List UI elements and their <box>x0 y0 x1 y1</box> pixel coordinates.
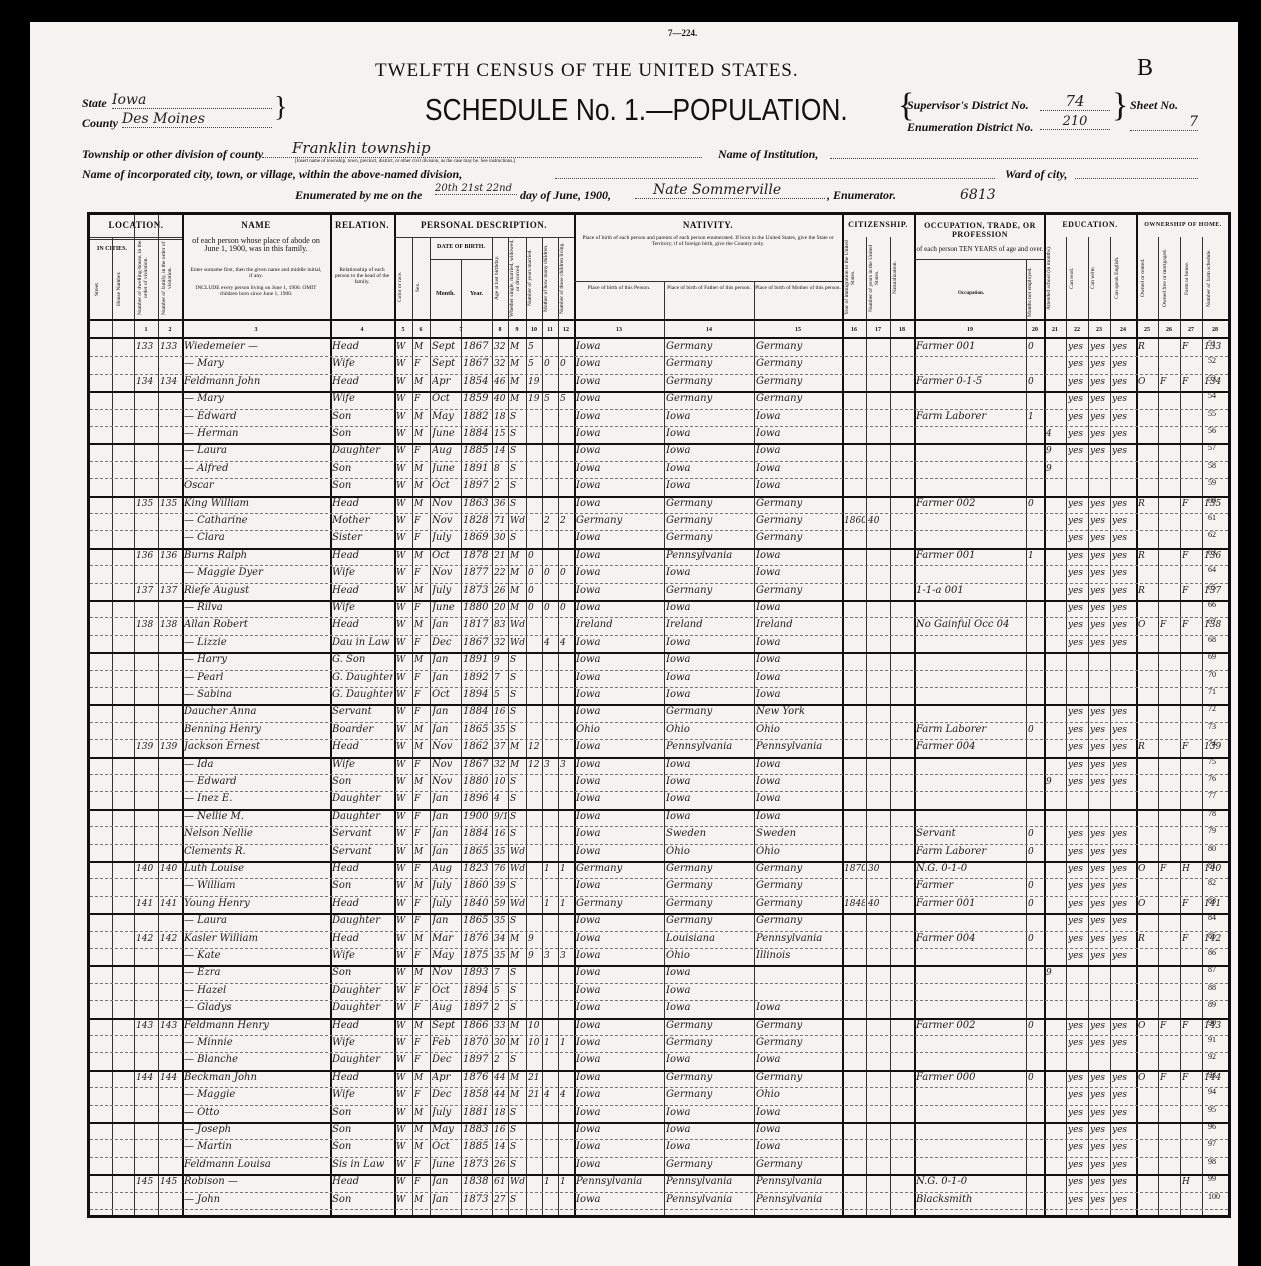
cell-rd: yes <box>1068 740 1087 754</box>
cell-own: R <box>1138 497 1157 511</box>
cell-mar: S <box>510 479 525 493</box>
enumerated-days: 20th 21st 22nd <box>435 183 517 195</box>
cell-mar: Wd <box>510 897 525 911</box>
cell-fam: 140 <box>160 862 181 876</box>
cell-name: — Joseph <box>184 1123 329 1137</box>
cell-moc: 3 <box>544 758 557 772</box>
table-row: Daucher AnnaServantWFJan188416SIowaGerma… <box>90 704 1228 720</box>
cell-name: Nelson Nellie <box>184 827 329 841</box>
cell-wr: yes <box>1090 410 1109 424</box>
cell-sex: F <box>414 1053 429 1067</box>
cell-own: R <box>1138 340 1157 354</box>
col-sex: Sex. <box>415 255 427 319</box>
cell-mar: Wd <box>510 514 525 528</box>
cell-en: yes <box>1112 1106 1135 1120</box>
group-location: LOCATION. <box>90 221 182 229</box>
cell-month: Aug <box>432 1001 460 1015</box>
cell-rel: Servant <box>332 827 393 841</box>
cell-bp: Iowa <box>576 775 663 789</box>
cell-color: W <box>396 932 411 946</box>
cell-rel: Mother <box>332 514 393 528</box>
cell-color: W <box>396 810 411 824</box>
cell-name: — Hazel <box>184 984 329 998</box>
schedule-title: SCHEDULE No. 1.—POPULATION. <box>425 92 848 128</box>
cell-wr: yes <box>1090 375 1109 389</box>
cell-month: Nov <box>432 566 460 580</box>
cell-en: yes <box>1112 758 1135 772</box>
col-family: Number of family, in the order of visita… <box>161 237 179 319</box>
cell-year: 1892 <box>463 671 491 685</box>
cell-bm: Iowa <box>756 479 841 493</box>
table-row: — MaryWifeWFSept186732M500IowaGermanyGer… <box>90 356 1228 372</box>
column-number: 25 <box>1136 327 1158 333</box>
cell-mar: M <box>510 340 525 354</box>
cell-month: Jan <box>432 723 460 737</box>
cell-age: 40 <box>494 392 507 406</box>
cell-mar: S <box>510 1123 525 1137</box>
table-row: — MaryWifeWFOct185940M1955IowaGermanyGer… <box>90 391 1228 407</box>
col-month: Month. <box>430 290 461 298</box>
cell-bm: Germany <box>756 375 841 389</box>
cell-bm: Pennsylvania <box>756 1175 841 1189</box>
cell-month: Dec <box>432 636 460 650</box>
cell-rd: yes <box>1068 705 1087 719</box>
cell-mo: 0 <box>1028 897 1043 911</box>
cell-en: yes <box>1112 723 1135 737</box>
cell-bp: Iowa <box>576 688 663 702</box>
col-birth-mother: Place of birth of Mother of this person. <box>754 285 842 291</box>
cell-age: 37 <box>494 740 507 754</box>
line-number: 77 <box>1208 791 1216 800</box>
cell-bf: Germany <box>666 897 753 911</box>
cell-year: 1862 <box>463 740 491 754</box>
cell-age: 8 <box>494 462 507 476</box>
cell-rd: yes <box>1068 1175 1087 1189</box>
cell-own: O <box>1138 862 1157 876</box>
cell-year: 1867 <box>463 636 491 650</box>
cell-age: 34 <box>494 932 507 946</box>
col-birth-father: Place of birth of Father of this person. <box>664 285 754 291</box>
cell-bm: Germany <box>756 531 841 545</box>
cell-mar: S <box>510 688 525 702</box>
enumeration-value: 210 <box>1040 114 1110 130</box>
line-number: 84 <box>1208 913 1216 922</box>
table-row: — OttoSonWMJuly188118SIowaIowaIowayesyes… <box>90 1105 1228 1121</box>
group-occupation: OCCUPATION, TRADE, OR PROFESSION <box>916 221 1044 239</box>
table-row: — IdaWifeWFNov186732M1233IowaIowaIowayes… <box>90 757 1228 773</box>
group-relation: RELATION. <box>330 221 394 229</box>
cell-month: Jan <box>432 1175 460 1189</box>
cell-bf: Germany <box>666 1019 753 1033</box>
cell-bf: Germany <box>666 1158 753 1172</box>
brace-right: } <box>1112 92 1128 120</box>
institution-label: Name of Institution, <box>718 147 818 162</box>
cell-sex: F <box>414 392 429 406</box>
cell-bf: Iowa <box>666 810 753 824</box>
cell-bf: Germany <box>666 1071 753 1085</box>
cell-age: 35 <box>494 914 507 928</box>
cell-en: yes <box>1112 444 1135 458</box>
cell-cl: 4 <box>560 1088 573 1102</box>
cell-rd: yes <box>1068 427 1087 441</box>
cell-mar: S <box>510 775 525 789</box>
cell-dw: 137 <box>136 584 157 598</box>
cell-bp: Iowa <box>576 914 663 928</box>
cell-rel: Head <box>332 618 393 632</box>
cell-rd: yes <box>1068 1140 1087 1154</box>
line-number: 99 <box>1208 1174 1216 1183</box>
column-number: 17 <box>866 327 890 333</box>
cell-bf: Germany <box>666 531 753 545</box>
cell-mar: M <box>510 601 525 615</box>
cell-farm: F <box>1182 375 1201 389</box>
cell-free: F <box>1160 375 1179 389</box>
cell-year: 1876 <box>463 1071 491 1085</box>
cell-bf: Ohio <box>666 949 753 963</box>
col-dwelling: Number of dwelling-house, in the order o… <box>137 237 157 319</box>
table-row: — HazelDaughterWFOct18945SIowaIowa <box>90 983 1228 999</box>
cell-sex: M <box>414 845 429 859</box>
cell-wr: yes <box>1090 723 1109 737</box>
cell-month: Jan <box>432 1193 460 1207</box>
cell-month: Jan <box>432 810 460 824</box>
cell-color: W <box>396 723 411 737</box>
cell-own: O <box>1138 618 1157 632</box>
line-number: 57 <box>1208 443 1216 452</box>
cell-year: 1817 <box>463 618 491 632</box>
cell-wr: yes <box>1090 758 1109 772</box>
cell-wr: yes <box>1090 444 1109 458</box>
col-immigration: Year of immigration to the United States… <box>844 237 864 319</box>
cell-bp: Iowa <box>576 462 663 476</box>
line-number: 76 <box>1208 774 1216 783</box>
col-street: Street. <box>94 259 108 319</box>
cell-month: Nov <box>432 514 460 528</box>
cell-rel: Daughter <box>332 984 393 998</box>
line-number: 53 <box>1208 374 1216 383</box>
cell-name: — Maggie Dyer <box>184 566 329 580</box>
cell-en: yes <box>1112 1071 1135 1085</box>
cell-farm: F <box>1182 497 1201 511</box>
table-row: — Inez E.DaughterWFJan18964SIowaIowaIowa <box>90 791 1228 807</box>
cell-occ: Servant <box>916 827 1025 841</box>
sheet-label: Sheet No. <box>1130 98 1178 113</box>
cell-cl: 0 <box>560 566 573 580</box>
cell-sex: F <box>414 671 429 685</box>
cell-sex: M <box>414 879 429 893</box>
cell-rd: yes <box>1068 879 1087 893</box>
cell-rel: G. Son <box>332 653 393 667</box>
cell-bf: Germany <box>666 914 753 928</box>
cell-bm: Germany <box>756 914 841 928</box>
cell-rel: Wife <box>332 392 393 406</box>
cell-occ: Farmer 0-1-5 <box>916 375 1025 389</box>
cell-fam: 138 <box>160 618 181 632</box>
cell-name: Beckman John <box>184 1071 329 1085</box>
cell-bp: Iowa <box>576 879 663 893</box>
column-number: 4 <box>330 327 394 333</box>
cell-bm: Germany <box>756 1036 841 1050</box>
enumeration-label: Enumeration District No. <box>907 120 1033 135</box>
cell-sex: F <box>414 914 429 928</box>
cell-rel: Son <box>332 1140 393 1154</box>
cell-name: — Pearl <box>184 671 329 685</box>
cell-bf: Iowa <box>666 984 753 998</box>
column-number: 1 <box>134 327 158 333</box>
cell-year: 1883 <box>463 1123 491 1137</box>
cell-name: — Nellie M. <box>184 810 329 824</box>
cell-rd: yes <box>1068 584 1087 598</box>
cell-bf: Pennsylvania <box>666 549 753 563</box>
header-divider <box>394 237 574 238</box>
cell-wr: yes <box>1090 932 1109 946</box>
column-number: 27 <box>1180 327 1202 333</box>
cell-bf: Iowa <box>666 479 753 493</box>
line-number: 83 <box>1208 896 1216 905</box>
cell-color: W <box>396 1019 411 1033</box>
cell-wr: yes <box>1090 1071 1109 1085</box>
cell-bp: Iowa <box>576 1193 663 1207</box>
cell-mar: S <box>510 879 525 893</box>
line-number: 67 <box>1208 617 1216 626</box>
cell-age: 2 <box>494 479 507 493</box>
cell-year: 1859 <box>463 392 491 406</box>
cell-year: 1877 <box>463 566 491 580</box>
cell-moc: 1 <box>544 897 557 911</box>
cell-rel: Son <box>332 966 393 980</box>
cell-wr: yes <box>1090 392 1109 406</box>
cell-mar: M <box>510 1019 525 1033</box>
cell-en: yes <box>1112 949 1135 963</box>
cell-fam: 137 <box>160 584 181 598</box>
cell-bm: Pennsylvania <box>756 740 841 754</box>
cell-sex: F <box>414 1158 429 1172</box>
cell-rel: Head <box>332 897 393 911</box>
cell-bp: Ireland <box>576 618 663 632</box>
cell-mar: S <box>510 427 525 441</box>
cell-sex: M <box>414 775 429 789</box>
cell-bf: Ireland <box>666 618 753 632</box>
cell-name: Wiedemeier — <box>184 340 329 354</box>
cell-mar: Wd <box>510 862 525 876</box>
cell-dw: 136 <box>136 549 157 563</box>
cell-wr: yes <box>1090 862 1109 876</box>
col-color: Color or race. <box>397 255 409 319</box>
cell-bm: Germany <box>756 497 841 511</box>
cell-farm: H <box>1182 1175 1201 1189</box>
cell-age: 7 <box>494 671 507 685</box>
cell-en: yes <box>1112 740 1135 754</box>
cell-rel: Daughter <box>332 914 393 928</box>
cell-own: O <box>1138 1019 1157 1033</box>
cell-rd: yes <box>1068 1036 1087 1050</box>
cell-bf: Germany <box>666 340 753 354</box>
cell-color: W <box>396 357 411 371</box>
line-number: 89 <box>1208 1000 1216 1009</box>
cell-name: — Maggie <box>184 1088 329 1102</box>
cell-age: 14 <box>494 444 507 458</box>
cell-rel: Wife <box>332 1088 393 1102</box>
cell-mar: S <box>510 1053 525 1067</box>
cell-fam: 134 <box>160 375 181 389</box>
cell-age: 32 <box>494 357 507 371</box>
cell-sex: F <box>414 897 429 911</box>
cell-name: Feldmann Henry <box>184 1019 329 1033</box>
cell-month: Nov <box>432 775 460 789</box>
cell-rd: yes <box>1068 410 1087 424</box>
column-number: 20 <box>1026 327 1044 333</box>
cell-bf: Pennsylvania <box>666 1175 753 1189</box>
cell-mar: M <box>510 1088 525 1102</box>
name-instr1: Enter surname first, then the given name… <box>190 267 322 279</box>
cell-sex: F <box>414 444 429 458</box>
cell-ym: 21 <box>528 1071 541 1085</box>
cell-month: Sept <box>432 1019 460 1033</box>
table-row: 144144Beckman JohnHeadWMApr187644M21Iowa… <box>90 1070 1228 1086</box>
col-read: Can read. <box>1069 237 1085 319</box>
group-citizenship: CITIZENSHIP. <box>842 221 914 229</box>
cell-occ: Farm Laborer <box>916 723 1025 737</box>
cell-sch: 9 <box>1046 444 1065 458</box>
cell-name: Feldmann John <box>184 375 329 389</box>
cell-name: — Ida <box>184 758 329 772</box>
cell-rel: G. Daughter <box>332 688 393 702</box>
cell-wr: yes <box>1090 879 1109 893</box>
cell-farm: F <box>1182 1019 1201 1033</box>
cell-en: yes <box>1112 636 1135 650</box>
cell-ym: 5 <box>528 340 541 354</box>
cell-mar: M <box>510 1036 525 1050</box>
cell-wr: yes <box>1090 845 1109 859</box>
table-row: Clements R.ServantWMJan186535WdIowaOhioO… <box>90 844 1228 860</box>
cell-bm: Germany <box>756 340 841 354</box>
cell-dw: 139 <box>136 740 157 754</box>
cell-rel: Head <box>332 584 393 598</box>
cell-bm: Iowa <box>756 671 841 685</box>
cell-bp: Iowa <box>576 392 663 406</box>
cell-bp: Iowa <box>576 497 663 511</box>
cell-sex: M <box>414 584 429 598</box>
cell-dw: 145 <box>136 1175 157 1189</box>
table-row: 133133Wiedemeier —HeadWMSept186732M5Iowa… <box>90 339 1228 355</box>
cell-moc: 1 <box>544 1036 557 1050</box>
line-number: 92 <box>1208 1052 1216 1061</box>
cell-bf: Germany <box>666 1036 753 1050</box>
cell-name: Robison — <box>184 1175 329 1189</box>
cell-name: — Catharine <box>184 514 329 528</box>
cell-age: 36 <box>494 497 507 511</box>
col-marital: Whether single, married, widowed, or div… <box>509 237 525 319</box>
ward-label: Ward of city, <box>1005 167 1067 182</box>
line-number: 61 <box>1208 513 1216 522</box>
cell-occ: Farmer 001 <box>916 897 1025 911</box>
cell-age: 16 <box>494 827 507 841</box>
cell-wr: yes <box>1090 1140 1109 1154</box>
cell-month: Aug <box>432 444 460 458</box>
cell-occ: Farm Laborer <box>916 410 1025 424</box>
population-table: LOCATION. IN CITIES. NAME of each person… <box>87 212 1231 1218</box>
cell-mo: 0 <box>1028 845 1043 859</box>
cell-bm: Ireland <box>756 618 841 632</box>
cell-bm: Iowa <box>756 549 841 563</box>
cell-color: W <box>396 862 411 876</box>
cell-imm: 1870 <box>844 862 865 876</box>
sheet-letter: B <box>1137 55 1153 82</box>
cell-mar: S <box>510 1001 525 1015</box>
cell-rel: Head <box>332 1175 393 1189</box>
cell-rel: Wife <box>332 566 393 580</box>
cell-rel: Son <box>332 479 393 493</box>
cell-en: yes <box>1112 862 1135 876</box>
cell-en: yes <box>1112 1193 1135 1207</box>
ward-value <box>1075 178 1198 179</box>
cell-farm: F <box>1182 1071 1201 1085</box>
cell-rel: Head <box>332 549 393 563</box>
cell-occ: Farmer 001 <box>916 340 1025 354</box>
cell-moc: 1 <box>544 862 557 876</box>
cell-en: yes <box>1112 1088 1135 1102</box>
cell-mar: S <box>510 984 525 998</box>
cell-farm: F <box>1182 549 1201 563</box>
cell-cl: 3 <box>560 758 573 772</box>
col-years-us: Number of years in the United States. <box>868 237 888 319</box>
cell-color: W <box>396 392 411 406</box>
cell-fam: 145 <box>160 1175 181 1189</box>
cell-mo: 1 <box>1028 410 1043 424</box>
cell-wr: yes <box>1090 514 1109 528</box>
cell-rel: Sister <box>332 531 393 545</box>
cell-en: yes <box>1112 566 1135 580</box>
column-number: 12 <box>558 327 574 333</box>
cell-rd: yes <box>1068 1088 1087 1102</box>
col-naturalization: Naturalization. <box>892 237 912 319</box>
line-number: 66 <box>1208 600 1216 609</box>
cell-rd: yes <box>1068 723 1087 737</box>
line-number: 56 <box>1208 426 1216 435</box>
cell-color: W <box>396 792 411 806</box>
cell-free: F <box>1160 862 1179 876</box>
line-number: 82 <box>1208 878 1216 887</box>
cell-rd: yes <box>1068 514 1087 528</box>
cell-bp: Iowa <box>576 1071 663 1085</box>
cell-occ: Farmer 002 <box>916 1019 1025 1033</box>
cell-rel: Wife <box>332 357 393 371</box>
cell-month: Apr <box>432 1071 460 1085</box>
cell-sex: F <box>414 1175 429 1189</box>
cell-month: May <box>432 949 460 963</box>
cell-sex: F <box>414 688 429 702</box>
cell-sex: M <box>414 1140 429 1154</box>
cell-occ: Farmer <box>916 879 1025 893</box>
table-row: — LizzieDau in LawWFDec186732Wd44IowaIow… <box>90 635 1228 651</box>
cell-age: 16 <box>494 705 507 719</box>
cell-moc: 2 <box>544 514 557 528</box>
supervisor-value: 74 <box>1040 92 1110 111</box>
cell-en: yes <box>1112 879 1135 893</box>
cell-ym: 19 <box>528 392 541 406</box>
cell-mar: Wd <box>510 1175 525 1189</box>
cell-age: 35 <box>494 723 507 737</box>
cell-ym: 12 <box>528 740 541 754</box>
table-row: — PearlG. DaughterWFJan18927SIowaIowaIow… <box>90 670 1228 686</box>
cell-mar: M <box>510 357 525 371</box>
cell-rel: Head <box>332 497 393 511</box>
column-number: 19 <box>914 327 1026 333</box>
cell-rd: yes <box>1068 932 1087 946</box>
cell-wr: yes <box>1090 531 1109 545</box>
cell-month: June <box>432 462 460 476</box>
cell-en: yes <box>1112 705 1135 719</box>
